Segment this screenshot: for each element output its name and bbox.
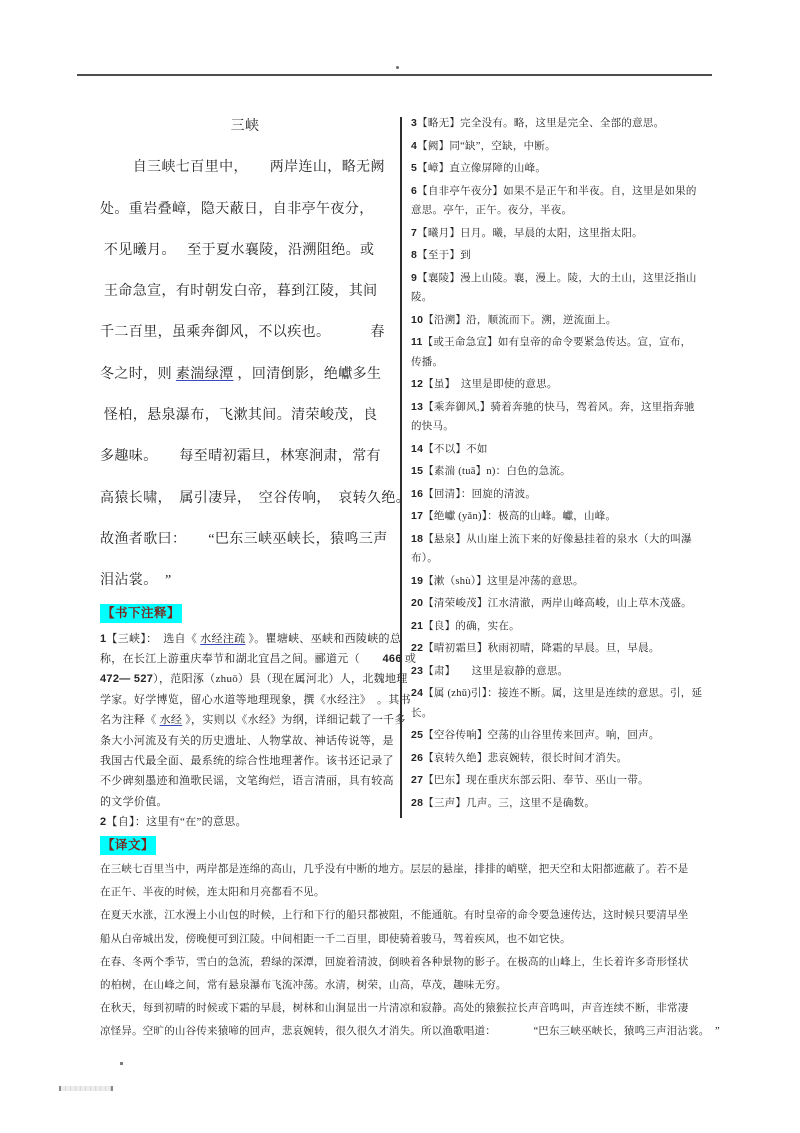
text-segment: 【悬泉】从山崖上流下来的好像悬挂着的泉水（大的叫瀑 (423, 534, 692, 545)
text-segment: 【襄陵】漫上山陵。襄，漫上。陵，大的土山，这里泛指山 (417, 273, 697, 284)
notes-section-label: 【书下注释】 (100, 604, 182, 623)
translation-section: 【译文】 在三峡七百里当中，两岸都是连绵的高山，几乎没有中断的地方。层层的悬崖，… (100, 836, 790, 1044)
text-line: 在三峡七百里当中，两岸都是连绵的高山，几乎没有中断的地方。层层的悬崖，排排的峭壁… (100, 858, 790, 881)
annotation-note: 9【襄陵】漫上山陵。襄，漫上。陵，大的土山，这里泛指山陵。 (411, 269, 721, 308)
translation-text: 在三峡七百里当中，两岸都是连绵的高山，几乎没有中断的地方。层层的悬崖，排排的峭壁… (100, 858, 790, 1044)
text-segment: 【晴初霜旦】秋雨初晴，降霜的早晨。旦，早晨。 (423, 643, 660, 654)
text-segment: 21 (411, 620, 423, 632)
text-line: 14【不以】不如 (411, 440, 721, 460)
text-segment: 【清荣峻茂】江水清澈，两岸山峰高峻，山上草木茂盛。 (423, 598, 692, 609)
text-segment: 【虽】 这里是即使的意思。 (423, 379, 558, 390)
text-segment: 【至于】到 (417, 250, 471, 261)
text-line: 在正午、半夜的时候，连太阳和月亮都看不见。 (100, 881, 790, 904)
annotation-note: 14【不以】不如 (411, 440, 721, 460)
text-line: 不少碑刻墨迹和渔歌民谣，文笔绚烂，语言清丽，具有较高 (100, 771, 400, 791)
text-line: 12【虽】 这里是即使的意思。 (411, 375, 721, 395)
annotation-note: 17【绝巘 (yǎn)】：极高的山峰。巘，山峰。 (411, 507, 721, 527)
text-line: 27【巴东】现在重庆东部云阳、奉节、巫山一带。 (411, 771, 721, 791)
text-line: 在春、冬两个季节，雪白的急流，碧绿的深潭，回旋着清波，倒映着各种景物的影子。在极… (100, 951, 790, 974)
text-segment: 高猿长啸， 属引凄异， 空谷传响， 哀转久绝。 (100, 491, 410, 506)
text-line: 不见曦月。 至于夏水襄陵，沿溯阻绝。或 (100, 230, 400, 271)
text-line: 泪沾裳。 ” (100, 560, 400, 601)
text-line: 的快马。 (411, 417, 721, 437)
text-segment: 不见曦月。 至于夏水襄陵，沿溯阻绝。或 (100, 243, 374, 258)
bottom-dash-mark (59, 1086, 113, 1091)
text-segment: 【阙】同“缺”，空缺，中断。 (417, 141, 556, 152)
text-line: 王命急宣，有时朝发白帝，暮到江陵，其间 (100, 271, 400, 312)
text-line: 26【哀转久绝】悲哀婉转，很长时间才消失。 (411, 749, 721, 769)
text-segment: 王命急宣，有时朝发白帝，暮到江陵，其间 (100, 284, 378, 299)
text-line: 传播。 (411, 353, 721, 373)
text-segment: 冬之时，则 (100, 367, 176, 382)
text-line: 陵。 (411, 288, 721, 308)
annotation-note: 3【略无】完全没有。略，这里是完全、全部的意思。 (411, 114, 721, 134)
text-line: 的文学价值。 (100, 792, 400, 812)
bottom-dot-mark (120, 1062, 123, 1065)
text-segment: 名为注释《 (100, 714, 160, 726)
text-line: 2【自】：这里有“在”的意思。 (100, 812, 400, 832)
text-segment: 意思。亭午，正午。夜分，半夜。 (411, 205, 572, 216)
page-title: 三峡 (100, 106, 390, 147)
text-segment: 凉怪异。空旷的山谷传来猿啼的回声，悲哀婉转，很久很久才消失。所以渔歌唱道： “巴… (100, 1026, 720, 1037)
text-segment: 故渔者歌曰： “巴东三峡巫峡长，猿鸣三声 (100, 532, 388, 547)
text-line: 16【回清】：回旋的清波。 (411, 485, 721, 505)
text-line: 在秋天，每到初晴的时候或下霜的早晨，树林和山涧显出一片清凉和寂静。高处的猿猴拉长… (100, 997, 790, 1020)
text-line: 8【至于】到 (411, 246, 721, 266)
annotations-column: 3【略无】完全没有。略，这里是完全、全部的意思。4【阙】同“缺”，空缺，中断。5… (411, 114, 721, 816)
text-segment: 怪柏，悬泉瀑布，飞漱其间。清荣峻茂，良 (100, 408, 378, 423)
text-segment: 19 (411, 575, 423, 587)
text-line: 10【沿溯】沿，顺流而下。溯，逆流面上。 (411, 311, 721, 331)
text-line: 我国古代最全面、最系统的综合性地理著作。该书还记录了 (100, 751, 400, 771)
text-segment: 【曦月】日月。曦，早晨的太阳，这里指太阳。 (417, 228, 643, 239)
text-segment: 16 (411, 488, 423, 500)
top-dot-mark (396, 66, 399, 69)
annotation-note: 19【漱（shù）】这里是冲荡的意思。 (411, 572, 721, 592)
text-segment: 处。重岩叠嶂，隐天蔽日，自非亭午夜分， (100, 202, 374, 217)
annotation-note: 6【自非亭午夜分】如果不是正午和半夜。自，这里是如果的意思。亭午，正午。夜分，半… (411, 182, 721, 221)
annotation-note: 24【属 (zhǔ)引】：接连不断。属，这里是连续的意思。引，延长。 (411, 684, 721, 723)
text-segment: 》，实则以《水经》为纲，详细记载了一千多 (182, 714, 406, 726)
text-segment: 17 (411, 510, 423, 522)
text-segment: 多趣味。 每至晴初霜旦，林寒涧肃，常有 (100, 449, 381, 464)
text-segment: 条大小河流及有关的历史遗址、人物掌故、神话传说等，是 (100, 735, 394, 747)
text-line: 5【嶂】直立像屏障的山峰。 (411, 159, 721, 179)
text-segment: 【沿溯】沿，顺流而下。溯，逆流面上。 (423, 315, 617, 326)
text-segment: 在春、冬两个季节，雪白的急流，碧绿的深潭，回旋着清波，倒映着各种景物的影子。在极… (100, 957, 689, 968)
text-segment: 【空谷传响】空荡的山谷里传来回声。响，回声。 (423, 730, 660, 741)
text-line: 17【绝巘 (yǎn)】：极高的山峰。巘，山峰。 (411, 507, 721, 527)
text-segment: 26 (411, 752, 423, 764)
text-line: 11【或王命急宣】如有皇帝的命令要紧急传达。宣，宣布， (411, 333, 721, 353)
text-segment: ，回清倒影，绝巘多生 (234, 367, 382, 382)
text-segment: 布）。 (411, 553, 438, 564)
text-line: 学家。好学博览，留心水道等地理现象，撰《水经注》 。其书 (100, 690, 400, 710)
text-segment: 【回清】：回旋的清波。 (423, 489, 536, 500)
text-segment: 在秋天，每到初晴的时候或下霜的早晨，树林和山涧显出一片清凉和寂静。高处的猿猴拉长… (100, 1003, 689, 1014)
text-line: 布）。 (411, 549, 721, 569)
underlined-term: 水经 (160, 714, 183, 726)
text-segment: 【哀转久绝】悲哀婉转，很长时间才消失。 (423, 753, 627, 764)
text-segment: 【三声】几声。三，这里不是确数。 (423, 798, 595, 809)
text-segment: 25 (411, 729, 423, 741)
text-segment: 【漱（shù）】这里是冲荡的意思。 (423, 576, 584, 587)
text-line: 19【漱（shù）】这里是冲荡的意思。 (411, 572, 721, 592)
text-segment: 【素湍 (tuā】n)：白色的急流。 (423, 466, 571, 477)
text-segment: 【乘奔御风,】骑着奔驰的快马，驾着风。奔，这里指奔驰 (423, 402, 695, 413)
annotation-note: 4【阙】同“缺”，空缺，中断。 (411, 137, 721, 157)
left-column: 三峡 自三峡七百里中， 两岸连山，略无阙处。重岩叠嶂，隐天蔽日，自非亭午夜分， … (100, 106, 400, 833)
text-segment: 14 (411, 443, 423, 455)
text-segment: 在三峡七百里当中，两岸都是连绵的高山，几乎没有中断的地方。层层的悬崖，排排的峭壁… (100, 864, 689, 875)
annotation-note: 16【回清】：回旋的清波。 (411, 485, 721, 505)
annotation-note: 8【至于】到 (411, 246, 721, 266)
text-segment: 15 (411, 465, 423, 477)
text-segment: 在夏天水涨，江水漫上小山包的时候，上行和下行的船只都被阻，不能通航。有时皇帝的命… (100, 910, 689, 921)
text-segment: 12 (411, 378, 423, 390)
annotation-note: 11【或王命急宣】如有皇帝的命令要紧急传达。宣，宣布，传播。 (411, 333, 721, 372)
text-line: 条大小河流及有关的历史遗址、人物掌故、神话传说等，是 (100, 731, 400, 751)
annotation-note: 26【哀转久绝】悲哀婉转，很长时间才消失。 (411, 749, 721, 769)
text-segment: ），范阳涿（zhuō）县（现在属河北）人，北魏地理 (153, 673, 407, 685)
text-segment: 27 (411, 774, 423, 786)
text-segment: 的文学价值。 (100, 796, 168, 808)
text-segment: 【不以】不如 (423, 444, 488, 455)
text-line: 7【曦月】日月。曦，早晨的太阳，这里指太阳。 (411, 224, 721, 244)
text-line: 472— 527），范阳涿（zhuō）县（现在属河北）人，北魏地理 (100, 669, 400, 689)
text-line: 24【属 (zhǔ)引】：接连不断。属，这里是连续的意思。引，延 (411, 684, 721, 704)
text-segment: 【肃】 这里是寂静的意思。 (423, 666, 568, 677)
annotation-note: 25【空谷传响】空荡的山谷里传来回声。响，回声。 (411, 726, 721, 746)
text-segment: 23 (411, 665, 423, 677)
annotation-note: 5【嶂】直立像屏障的山峰。 (411, 159, 721, 179)
text-line: 意思。亭午，正午。夜分，半夜。 (411, 201, 721, 221)
text-segment: 泪沾裳。 ” (100, 573, 172, 588)
text-line: 9【襄陵】漫上山陵。襄，漫上。陵，大的土山，这里泛指山 (411, 269, 721, 289)
text-line: 故渔者歌曰： “巴东三峡巫峡长，猿鸣三声 (100, 519, 400, 560)
text-line: 高猿长啸， 属引凄异， 空谷传响， 哀转久绝。 (100, 478, 400, 519)
annotation-note: 12【虽】 这里是即使的意思。 (411, 375, 721, 395)
text-segment: 472— 527 (100, 673, 153, 685)
text-line: 21【良】的确，实在。 (411, 617, 721, 637)
text-segment: 20 (411, 597, 423, 609)
text-segment: 【嶂】直立像屏障的山峰。 (417, 163, 546, 174)
annotation-note: 7【曦月】日月。曦，早晨的太阳，这里指太阳。 (411, 224, 721, 244)
annotation-note: 21【良】的确，实在。 (411, 617, 721, 637)
annotation-note: 13【乘奔御风,】骑着奔驰的快马，驾着风。奔，这里指奔驰的快马。 (411, 398, 721, 437)
text-segment: 陵。 (411, 292, 433, 303)
text-segment: 28 (411, 797, 423, 809)
text-line: 22【晴初霜旦】秋雨初晴，降霜的早晨。旦，早晨。 (411, 639, 721, 659)
text-segment: 18 (411, 533, 423, 545)
text-line: 28【三声】几声。三，这里不是确数。 (411, 794, 721, 814)
text-line: 千二百里，虽乘奔御风，不以疾也。 春 (100, 312, 400, 353)
text-line: 15【素湍 (tuā】n)：白色的急流。 (411, 462, 721, 482)
text-segment: 自三峡七百里中， 两岸连山，略无阙 (100, 160, 385, 175)
annotation-note: 20【清荣峻茂】江水清澈，两岸山峰高峻，山上草木茂盛。 (411, 594, 721, 614)
text-line: 在夏天水涨，江水漫上小山包的时候，上行和下行的船只都被阻，不能通航。有时皇帝的命… (100, 904, 790, 927)
text-segment: 【属 (zhǔ)引】：接连不断。属，这里是连续的意思。引，延 (423, 688, 702, 699)
top-rule (77, 74, 712, 76)
text-line: 6【自非亭午夜分】如果不是正午和半夜。自，这里是如果的 (411, 182, 721, 202)
annotation-note: 27【巴东】现在重庆东部云阳、奉节、巫山一带。 (411, 771, 721, 791)
text-segment: 【自非亭午夜分】如果不是正午和半夜。自，这里是如果的 (417, 186, 697, 197)
text-segment: 22 (411, 642, 423, 654)
text-segment: 【三峡】： 选自《 (106, 633, 200, 645)
text-line: 冬之时，则 素湍绿潭 ，回清倒影，绝巘多生 (100, 354, 400, 395)
underlined-term: 素湍绿潭 (176, 367, 234, 382)
text-line: 处。重岩叠嶂，隐天蔽日，自非亭午夜分， (100, 189, 400, 230)
text-segment: 【绝巘 (yǎn)】：极高的山峰。巘，山峰。 (423, 511, 616, 522)
text-segment: 13 (411, 401, 423, 413)
text-segment: 24 (411, 687, 423, 699)
text-segment: 船从白帝城出发，傍晚便可到江陵。中间相距一千二百里，即使骑着骏马，驾着疾风，也不… (100, 934, 571, 945)
text-segment: 》。瞿塘峡、巫峡和西陵峡的总 (245, 633, 401, 645)
text-segment: 【良】的确，实在。 (423, 621, 520, 632)
text-segment: 【自】：这里有“在”的意思。 (106, 816, 246, 828)
annotation-note: 22【晴初霜旦】秋雨初晴，降霜的早晨。旦，早晨。 (411, 639, 721, 659)
text-segment: 的柏树，在山峰之间，常有悬泉瀑布飞流冲荡。水清，树荣，山高，草茂，趣味无穷。 (100, 980, 507, 991)
footnotes-text: 1【三峡】： 选自《 水经注疏 》。瞿塘峡、巫峡和西陵峡的总称，在长江上游重庆奉… (100, 629, 400, 833)
text-line: 名为注释《 水经 》，实则以《水经》为纲，详细记载了一千多 (100, 710, 400, 730)
text-segment: 10 (411, 314, 423, 326)
column-divider (400, 117, 402, 818)
underlined-term: 水经注疏 (200, 633, 245, 645)
text-segment: 【或王命急宣】如有皇帝的命令要紧急传达。宣，宣布， (423, 337, 692, 348)
annotation-note: 10【沿溯】沿，顺流而下。溯，逆流面上。 (411, 311, 721, 331)
text-segment: 11 (411, 336, 423, 348)
text-line: 1【三峡】： 选自《 水经注疏 》。瞿塘峡、巫峡和西陵峡的总 (100, 629, 400, 649)
document-page: { "colors":{"highlight":"#00ffff","label… (0, 0, 800, 1133)
text-segment: 【巴东】现在重庆东部云阳、奉节、巫山一带。 (423, 775, 649, 786)
annotation-note: 18【悬泉】从山崖上流下来的好像悬挂着的泉水（大的叫瀑布）。 (411, 530, 721, 569)
text-line: 13【乘奔御风,】骑着奔驰的快马，驾着风。奔，这里指奔驰 (411, 398, 721, 418)
text-line: 自三峡七百里中， 两岸连山，略无阙 (100, 147, 400, 188)
text-line: 25【空谷传响】空荡的山谷里传来回声。响，回声。 (411, 726, 721, 746)
text-line: 18【悬泉】从山崖上流下来的好像悬挂着的泉水（大的叫瀑 (411, 530, 721, 550)
text-segment: 称，在长江上游重庆奉节和湖北宜昌之间。郦道元（ (100, 653, 383, 665)
text-line: 长。 (411, 704, 721, 724)
text-segment: 不少碑刻墨迹和渔歌民谣，文笔绚烂，语言清丽，具有较高 (100, 775, 394, 787)
text-line: 凉怪异。空旷的山谷传来猿啼的回声，悲哀婉转，很久很久才消失。所以渔歌唱道： “巴… (100, 1020, 790, 1043)
classical-text-lines: 自三峡七百里中， 两岸连山，略无阙处。重岩叠嶂，隐天蔽日，自非亭午夜分， 不见曦… (100, 147, 400, 601)
text-segment: 学家。好学博览，留心水道等地理现象，撰《水经注》 。其书 (100, 694, 411, 706)
annotation-note: 23【肃】 这里是寂静的意思。 (411, 662, 721, 682)
text-line: 船从白帝城出发，傍晚便可到江陵。中间相距一千二百里，即使骑着骏马，驾着疾风，也不… (100, 928, 790, 951)
text-line: 4【阙】同“缺”，空缺，中断。 (411, 137, 721, 157)
text-line: 称，在长江上游重庆奉节和湖北宜昌之间。郦道元（ 466 或 (100, 649, 400, 669)
text-line: 的柏树，在山峰之间，常有悬泉瀑布飞流冲荡。水清，树荣，山高，草茂，趣味无穷。 (100, 974, 790, 997)
text-line: 3【略无】完全没有。略，这里是完全、全部的意思。 (411, 114, 721, 134)
translation-section-label: 【译文】 (100, 836, 156, 855)
text-segment: 在正午、半夜的时候，连太阳和月亮都看不见。 (100, 887, 325, 898)
text-line: 多趣味。 每至晴初霜旦，林寒涧肃，常有 (100, 436, 400, 477)
classical-text: 三峡 自三峡七百里中， 两岸连山，略无阙处。重岩叠嶂，隐天蔽日，自非亭午夜分， … (100, 106, 400, 602)
text-segment: 466 (383, 653, 402, 665)
text-line: 23【肃】 这里是寂静的意思。 (411, 662, 721, 682)
text-line: 20【清荣峻茂】江水清澈，两岸山峰高峻，山上草木茂盛。 (411, 594, 721, 614)
text-segment: 长。 (411, 708, 433, 719)
text-line: 怪柏，悬泉瀑布，飞漱其间。清荣峻茂，良 (100, 395, 400, 436)
text-segment: 的快马。 (411, 421, 454, 432)
text-segment: 我国古代最全面、最系统的综合性地理著作。该书还记录了 (100, 755, 394, 767)
text-segment: 【略无】完全没有。略，这里是完全、全部的意思。 (417, 118, 664, 129)
text-segment: 千二百里，虽乘奔御风，不以疾也。 春 (100, 325, 385, 340)
text-segment: 传播。 (411, 357, 443, 368)
annotation-note: 15【素湍 (tuā】n)：白色的急流。 (411, 462, 721, 482)
annotation-note: 28【三声】几声。三，这里不是确数。 (411, 794, 721, 814)
